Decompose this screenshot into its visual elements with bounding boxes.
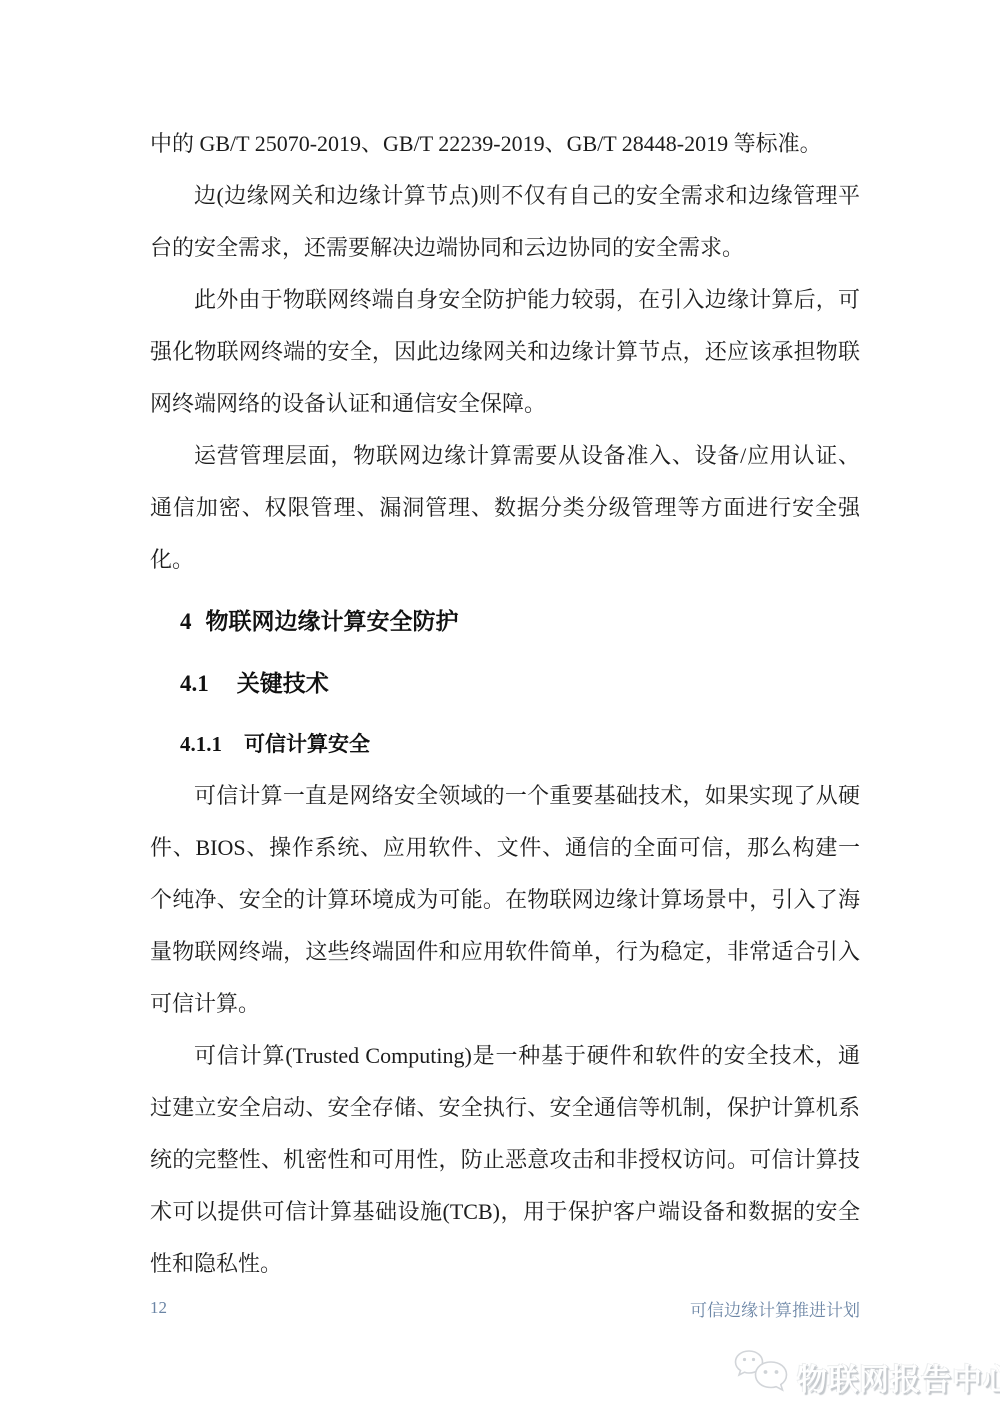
document-body: 中的 GB/T 25070-2019、GB/T 22239-2019、GB/T … — [150, 118, 860, 1290]
page-footer: 12 可信边缘计算推进计划 — [150, 1293, 860, 1323]
page-canvas: 中的 GB/T 25070-2019、GB/T 22239-2019、GB/T … — [0, 0, 1000, 1415]
watermark-text: 物联网报告中心 — [797, 1355, 1000, 1399]
section-number: 4.1.1 — [180, 732, 222, 756]
section-title: 物联网边缘计算安全防护 — [206, 609, 459, 634]
section-heading-level3: 4.1.1可信计算安全 — [180, 718, 860, 770]
section-title: 可信计算安全 — [244, 732, 370, 756]
body-paragraph: 中的 GB/T 25070-2019、GB/T 22239-2019、GB/T … — [150, 118, 860, 170]
section-title: 关键技术 — [237, 671, 329, 696]
document-page: { "content": { "paragraphs": [ "中的 GB/T … — [0, 0, 1000, 1415]
section-number: 4.1 — [180, 671, 209, 696]
footer-doc-title: 可信边缘计算推进计划 — [690, 1296, 860, 1321]
body-paragraph: 边(边缘网关和边缘计算节点)则不仅有自己的安全需求和边缘管理平台的安全需求，还需… — [150, 170, 860, 274]
body-paragraph: 可信计算一直是网络安全领域的一个重要基础技术，如果实现了从硬件、BIOS、操作系… — [150, 770, 860, 1030]
body-paragraph: 运营管理层面，物联网边缘计算需要从设备准入、设备/应用认证、通信加密、权限管理、… — [150, 430, 860, 586]
chat-bubbles-icon — [733, 1348, 791, 1405]
body-paragraph: 可信计算(Trusted Computing)是一种基于硬件和软件的安全技术，通… — [150, 1030, 860, 1290]
section-heading-level2: 4.1关键技术 — [180, 658, 860, 710]
watermark: 物联网报告中心 — [733, 1348, 1000, 1405]
section-heading-level1: 4物联网边缘计算安全防护 — [180, 596, 860, 648]
body-paragraph: 此外由于物联网终端自身安全防护能力较弱，在引入边缘计算后，可强化物联网终端的安全… — [150, 274, 860, 430]
page-number: 12 — [150, 1298, 167, 1318]
section-number: 4 — [180, 609, 192, 634]
